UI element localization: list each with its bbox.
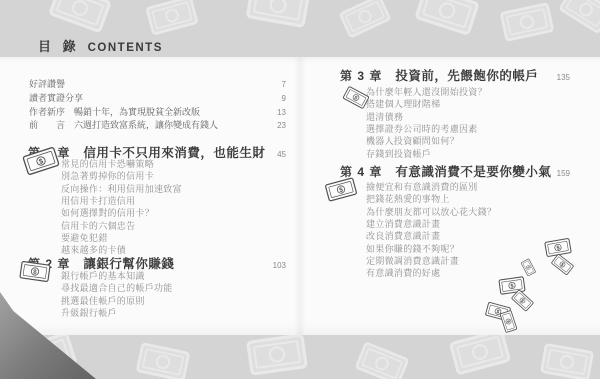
chapter-4-number: 第 4 章 [340,163,382,180]
toc-item: 要避免犯錯 [61,231,182,243]
chapter-4-heading: 第 4 章 有意識消費不是要你變小氣 159 [340,162,570,180]
chapter-1-items: 常見的信用卡恐嚇策略別急著剪掉你的信用卡反向操作：利用信用加速致富用信用卡打造信… [61,157,182,256]
front-matter-page-number: 23 [277,121,286,130]
banknote-watermark-icon [557,0,600,35]
toc-item: 常見的信用卡恐嚇策略 [61,157,182,169]
toc-title-zh: 目 錄 [38,36,80,55]
front-matter-page-number: 13 [277,108,286,117]
chapter-3-page-number: 135 [557,73,570,82]
front-matter-label: 好評讚譽 [29,77,65,90]
front-matter-row: 讀者實證分享 9 [29,91,286,105]
chapter-2-page-number: 103 [273,261,286,270]
chapter-4-items: 撿便宜和有意識消費的區別把錢花熱愛的事物上為什麼朋友都可以放心花大錢？建立消費意… [366,180,496,279]
banknote-watermark-icon [338,0,392,39]
toc-item: 升級銀行帳戶 [61,306,173,318]
toc-item: 挑選最佳帳戶的原則 [61,294,173,306]
chapter-3-heading: 第 3 章 投資前，先餵飽你的帳戶 135 [340,66,570,84]
chapter-4-page-number: 159 [557,169,570,178]
chapter-3-number: 第 3 章 [340,67,382,84]
banknote-watermark-icon [246,332,309,377]
front-matter-label: 讀者實證分享 [29,91,83,104]
toc-item: 把錢花熱愛的事物上 [366,192,496,204]
toc-item: 建立消費意識計畫 [366,217,496,229]
toc-item: 用信用卡打造信用 [61,194,182,206]
chapter-1-page-number: 45 [277,150,286,159]
banknote-watermark-icon [145,0,199,37]
toc-item: 撿便宜和有意識消費的區別 [366,180,496,192]
toc-item: 還清債務 [366,110,487,122]
toc-item: 改良消費意識計畫 [366,229,496,241]
toc-title-en: CONTENTS [88,42,163,54]
toc-item: 為什麼朋友都可以放心花大錢？ [366,205,496,217]
toc-header: 目 錄 CONTENTS [38,36,163,55]
front-matter-page-number: 9 [282,94,286,103]
front-matter-row: 前 言 六週打造致富系統，讓你變成有錢人 23 [29,118,286,132]
front-matter-page-number: 7 [282,80,286,89]
chapter-2-items: 銀行帳戶的基本知識尋找最適合自己的帳戶功能挑選最佳帳戶的原則升級銀行帳戶 [61,269,173,318]
toc-item: 尋找最適合自己的帳戶功能 [61,281,173,293]
toc-item: 銀行帳戶的基本知識 [61,269,173,281]
toc-item: 為什麼年輕人還沒開始投資？ [366,85,487,97]
toc-item: 存錢到投資帳戶 [366,147,487,159]
toc-item: 選擇證券公司時的考慮因素 [366,122,487,134]
banknote-watermark-icon [354,340,410,379]
toc-item: 定期微調消費意識計畫 [366,254,496,266]
toc-item: 有意識消費的好處 [366,266,496,278]
toc-item: 反向操作：利用信用加速致富 [61,182,182,194]
chapter-4-title: 有意識消費不是要你變小氣 [395,162,551,180]
front-matter-label: 前 言 六週打造致富系統，讓你變成有錢人 [29,118,218,131]
front-matter-row: 好評讚譽 7 [29,77,286,91]
chapter-3-items: 為什麼年輕人還沒開始投資？搭建個人理財階梯還清債務選擇證券公司時的考慮因素機器人… [366,85,487,159]
toc-item: 機器人投資顧問如何？ [366,134,487,146]
toc-item: 搭建個人理財階梯 [366,97,487,109]
chapter-3-title: 投資前，先餵飽你的帳戶 [395,66,538,84]
book-toc-spread: 目 錄 CONTENTS 好評讚譽 7 讀者實證分享 9 作者新序 暢銷十年，為… [0,0,600,379]
banknote-watermark-icon [245,0,311,29]
banknote-watermark-icon [414,0,481,37]
toc-item: 信用卡的六個忠告 [61,219,182,231]
page-gutter [294,57,306,335]
front-matter-row: 作者新序 暢銷十年，為實現脫貧全新改版 13 [29,105,286,119]
toc-item: 如果你賺的錢不夠呢？ [366,242,496,254]
banknote-watermark-icon [499,1,555,43]
front-matter-list: 好評讚譽 7 讀者實證分享 9 作者新序 暢銷十年，為實現脫貧全新改版 13 前… [29,77,286,132]
banknote-watermark-icon [540,342,595,379]
toc-item: 如何選擇對的信用卡？ [61,206,182,218]
front-matter-label: 作者新序 暢銷十年，為實現脫貧全新改版 [29,105,200,118]
toc-item: 別急著剪掉你的信用卡 [61,169,182,181]
banknote-watermark-icon [135,341,191,379]
banknote-watermark-icon [48,0,113,34]
